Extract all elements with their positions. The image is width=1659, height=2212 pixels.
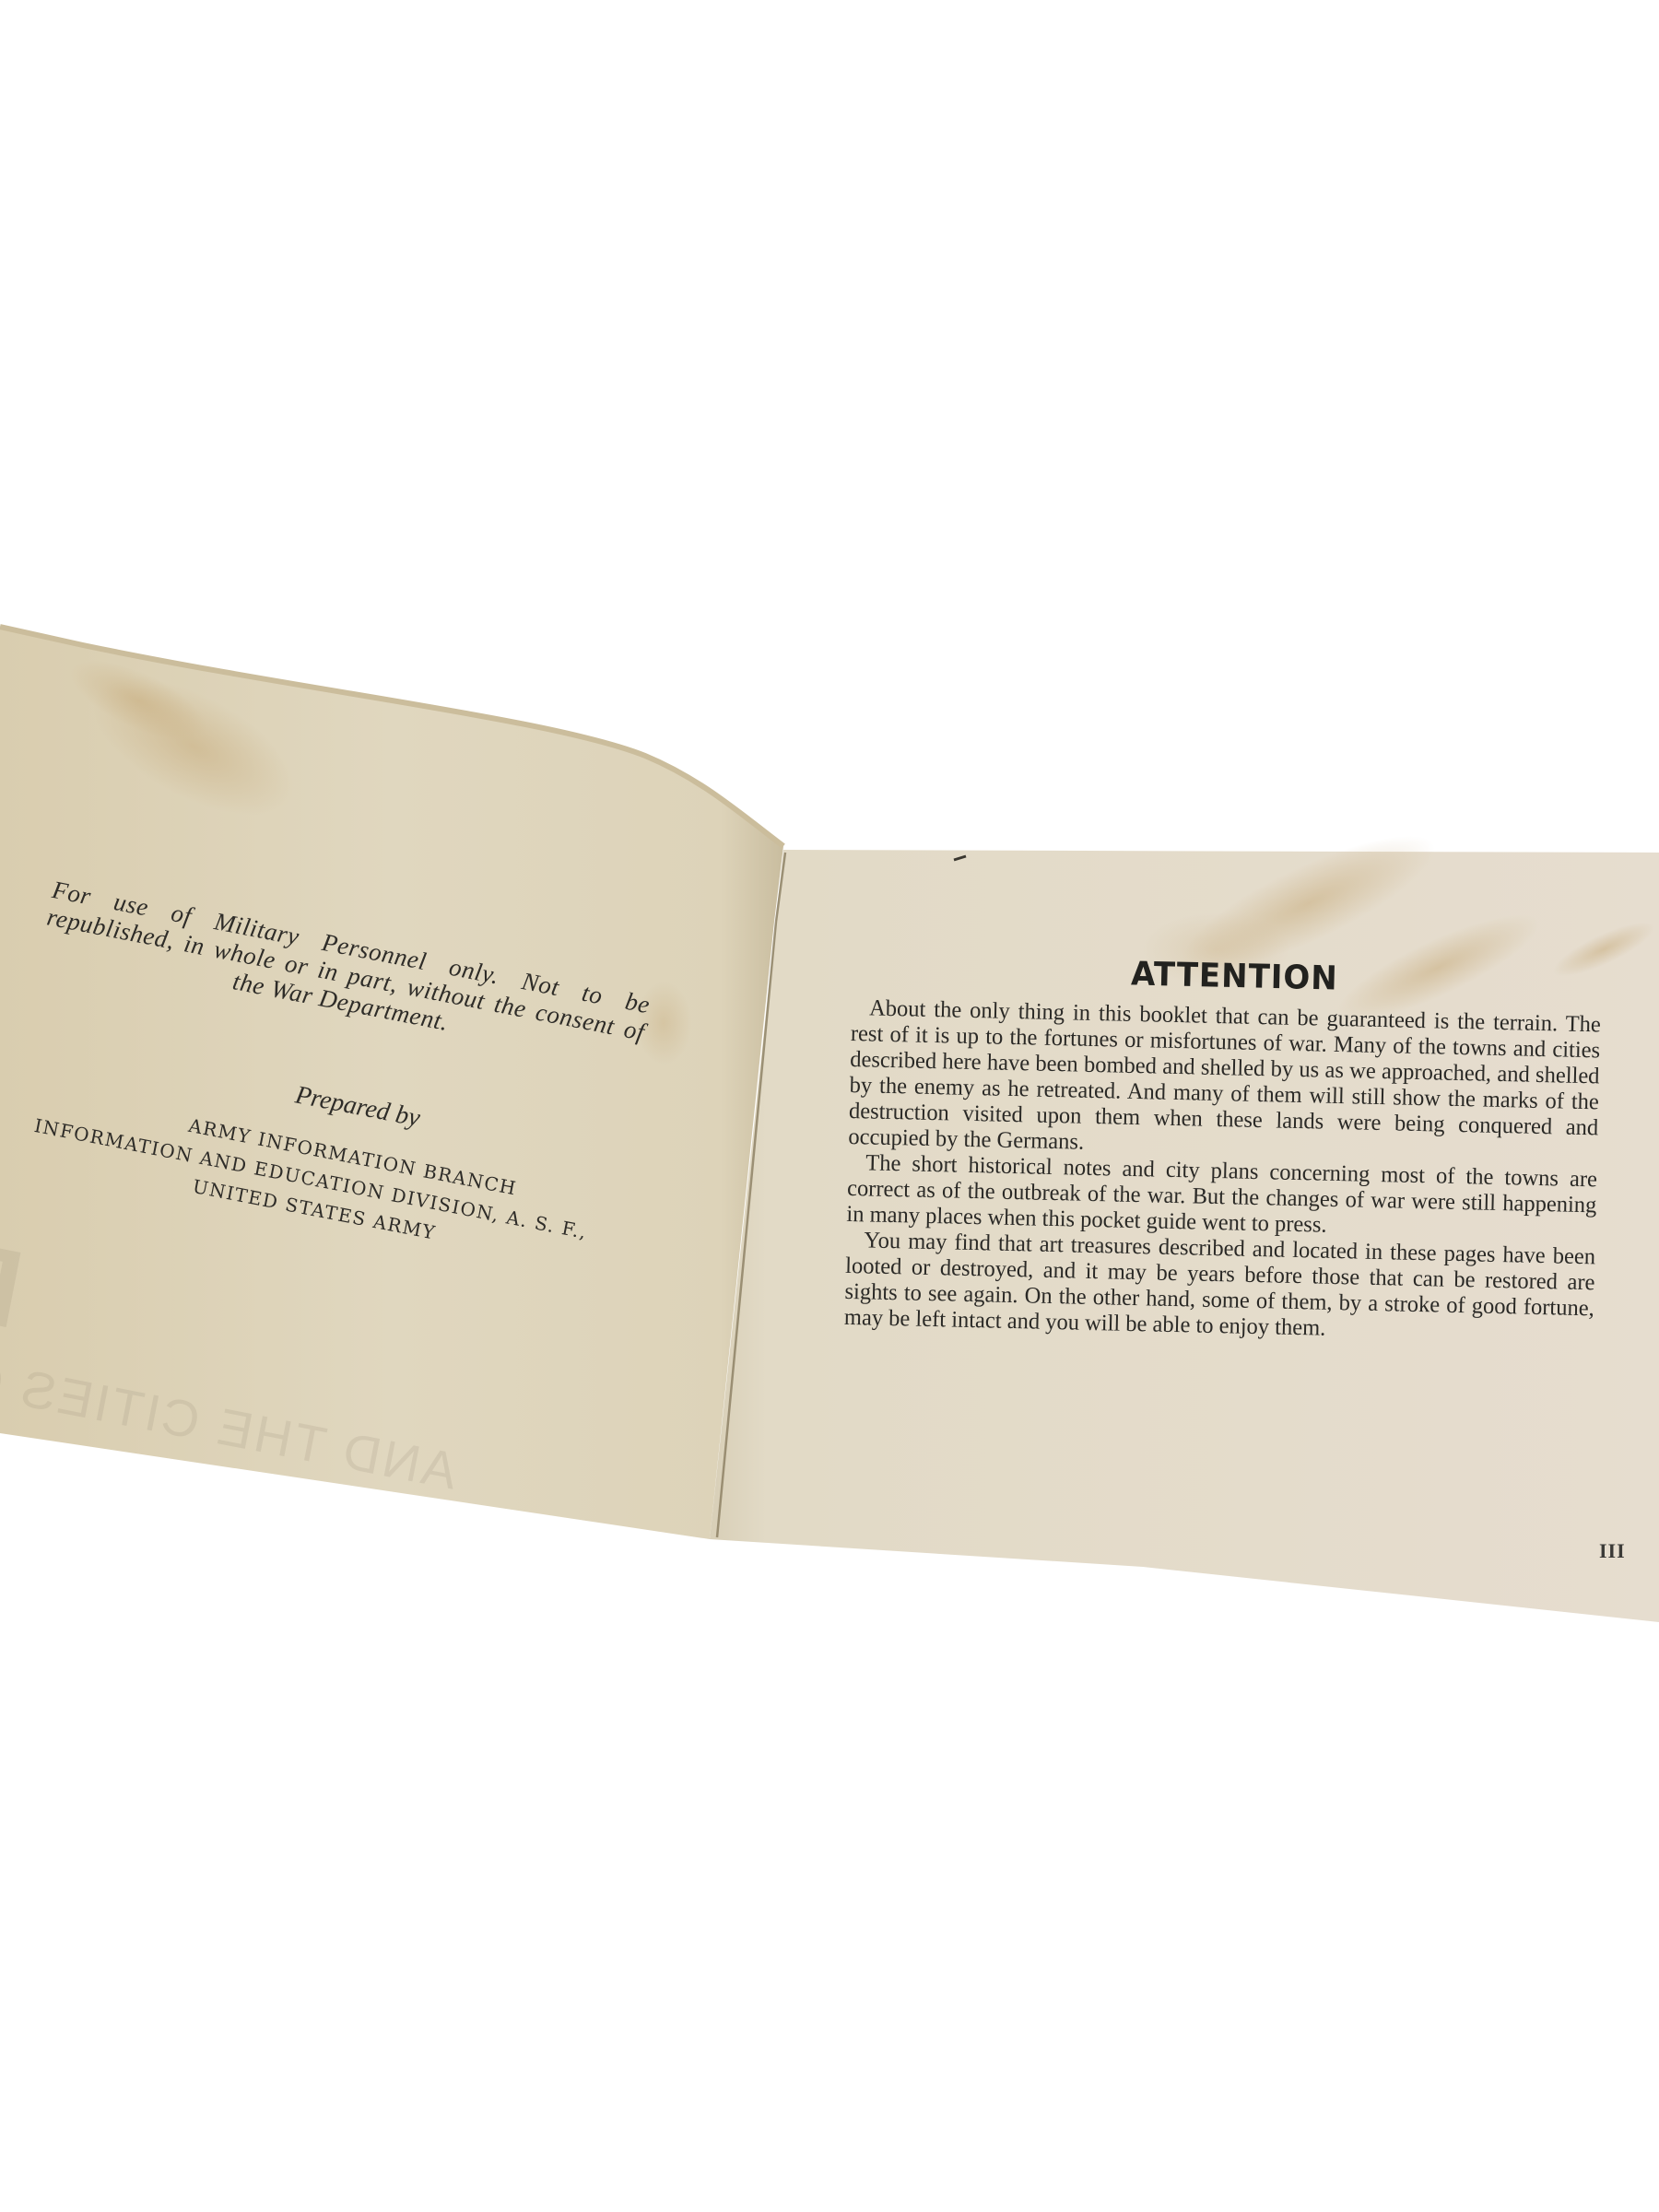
right-page-content: ATTENTION About the only thing in this b… [844,949,1618,1348]
paragraph: About the only thing in this booklet tha… [848,995,1601,1167]
paragraph: You may find that art treasures describe… [844,1228,1596,1347]
open-booklet: PARIS AND THE CITIES OF NORTHERN FRANCE … [0,0,1659,2212]
page-number: III [1599,1539,1626,1563]
